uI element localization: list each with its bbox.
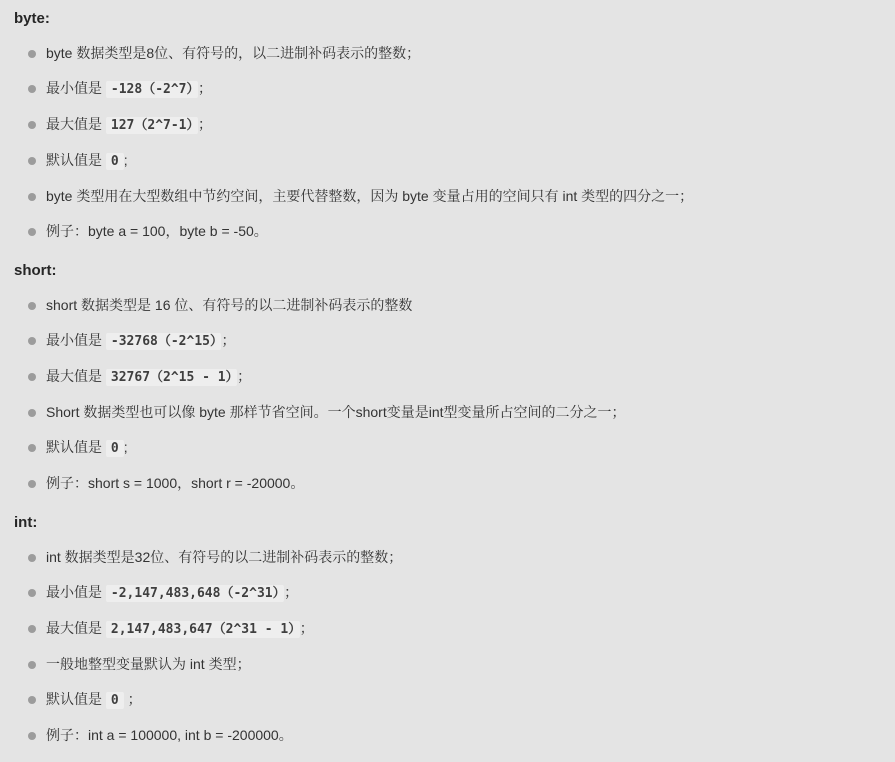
bullet-icon xyxy=(28,625,36,633)
item-text: ； xyxy=(124,691,142,707)
bullet-list-short: short 数据类型是 16 位、有符号的以二进制补码表示的整数 最小值是 -3… xyxy=(14,296,881,493)
list-item: 默认值是 0; xyxy=(28,151,881,171)
item-text: 例子：short s = 1000，short r = -20000。 xyxy=(46,475,304,491)
bullet-icon xyxy=(28,589,36,597)
item-text: 一般地整型变量默认为 int 类型； xyxy=(46,656,251,672)
bullet-icon xyxy=(28,50,36,58)
bullet-icon xyxy=(28,480,36,488)
bullet-list-byte: byte 数据类型是8位、有符号的，以二进制补码表示的整数； 最小值是 -128… xyxy=(14,44,881,241)
item-text: 最大值是 xyxy=(46,368,106,384)
item-text: 最小值是 xyxy=(46,332,106,348)
bullet-icon xyxy=(28,554,36,562)
inline-code: -32768（-2^15） xyxy=(106,333,222,350)
section-short: short: short 数据类型是 16 位、有符号的以二进制补码表示的整数 … xyxy=(14,261,881,493)
item-text: ； xyxy=(221,332,235,348)
bullet-icon xyxy=(28,696,36,704)
list-item: byte 类型用在大型数组中节约空间，主要代替整数，因为 byte 变量占用的空… xyxy=(28,187,881,206)
bullet-icon xyxy=(28,302,36,310)
inline-code: -2,147,483,648（-2^31） xyxy=(106,585,284,602)
inline-code: 0 xyxy=(106,692,124,709)
bullet-icon xyxy=(28,337,36,345)
item-text: 默认值是 xyxy=(46,152,106,168)
item-text: byte 类型用在大型数组中节约空间，主要代替整数，因为 byte 变量占用的空… xyxy=(46,188,693,204)
item-text: 例子：byte a = 100，byte b = -50。 xyxy=(46,223,268,239)
bullet-icon xyxy=(28,157,36,165)
bullet-icon xyxy=(28,85,36,93)
bullet-list-int: int 数据类型是32位、有符号的以二进制补码表示的整数； 最小值是 -2,14… xyxy=(14,548,881,745)
list-item: short 数据类型是 16 位、有符号的以二进制补码表示的整数 xyxy=(28,296,881,315)
list-item: 最小值是 -2,147,483,648（-2^31）； xyxy=(28,583,881,603)
bullet-icon xyxy=(28,732,36,740)
item-text: 最大值是 xyxy=(46,620,106,636)
item-text: ； xyxy=(198,80,212,96)
list-item: 例子：byte a = 100，byte b = -50。 xyxy=(28,222,881,241)
bullet-icon xyxy=(28,121,36,129)
list-item: 最小值是 -128（-2^7）； xyxy=(28,79,881,99)
item-text: ; xyxy=(124,439,128,455)
bullet-icon xyxy=(28,228,36,236)
item-text: ； xyxy=(300,620,314,636)
section-heading-int: int: xyxy=(14,513,881,532)
list-item: 例子：int a = 100000, int b = -200000。 xyxy=(28,726,881,745)
item-text: 最大值是 xyxy=(46,116,106,132)
inline-code: -128（-2^7） xyxy=(106,81,198,98)
bullet-icon xyxy=(28,444,36,452)
list-item: 最大值是 2,147,483,647（2^31 - 1）； xyxy=(28,619,881,639)
list-item: 默认值是 0 ； xyxy=(28,690,881,710)
section-byte: byte: byte 数据类型是8位、有符号的，以二进制补码表示的整数； 最小值… xyxy=(14,9,881,241)
item-text: byte 数据类型是8位、有符号的，以二进制补码表示的整数； xyxy=(46,45,420,61)
list-item: int 数据类型是32位、有符号的以二进制补码表示的整数； xyxy=(28,548,881,567)
item-text: 例子：int a = 100000, int b = -200000。 xyxy=(46,727,293,743)
inline-code: 32767（2^15 - 1） xyxy=(106,369,237,386)
inline-code: 127（2^7-1） xyxy=(106,117,198,134)
list-item: 例子：short s = 1000，short r = -20000。 xyxy=(28,474,881,493)
inline-code: 2,147,483,647（2^31 - 1） xyxy=(106,621,300,638)
item-text: 最小值是 xyxy=(46,584,106,600)
inline-code: 0 xyxy=(106,153,124,170)
bullet-icon xyxy=(28,409,36,417)
section-int: int: int 数据类型是32位、有符号的以二进制补码表示的整数； 最小值是 … xyxy=(14,513,881,745)
item-text: int 数据类型是32位、有符号的以二进制补码表示的整数； xyxy=(46,549,402,565)
item-text: 最小值是 xyxy=(46,80,106,96)
list-item: Short 数据类型也可以像 byte 那样节省空间。一个short变量是int… xyxy=(28,403,881,422)
list-item: byte 数据类型是8位、有符号的，以二进制补码表示的整数； xyxy=(28,44,881,63)
inline-code: 0 xyxy=(106,440,124,457)
list-item: 最大值是 32767（2^15 - 1）； xyxy=(28,367,881,387)
list-item: 最大值是 127（2^7-1）； xyxy=(28,115,881,135)
section-heading-short: short: xyxy=(14,261,881,280)
item-text: 默认值是 xyxy=(46,691,106,707)
item-text: Short 数据类型也可以像 byte 那样节省空间。一个short变量是int… xyxy=(46,404,626,420)
list-item: 最小值是 -32768（-2^15）； xyxy=(28,331,881,351)
bullet-icon xyxy=(28,373,36,381)
item-text: ； xyxy=(198,116,212,132)
item-text: ； xyxy=(284,584,298,600)
item-text: ； xyxy=(237,368,251,384)
list-item: 一般地整型变量默认为 int 类型； xyxy=(28,655,881,674)
bullet-icon xyxy=(28,193,36,201)
item-text: 默认值是 xyxy=(46,439,106,455)
item-text: short 数据类型是 16 位、有符号的以二进制补码表示的整数 xyxy=(46,297,412,313)
section-heading-byte: byte: xyxy=(14,9,881,28)
bullet-icon xyxy=(28,661,36,669)
item-text: ; xyxy=(124,152,128,168)
document-content: byte: byte 数据类型是8位、有符号的，以二进制补码表示的整数； 最小值… xyxy=(0,0,895,755)
list-item: 默认值是 0; xyxy=(28,438,881,458)
